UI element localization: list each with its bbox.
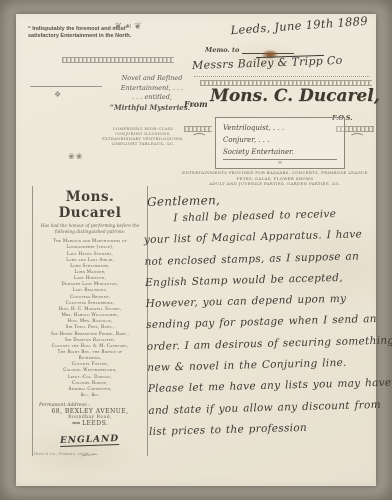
letter-body: Gentlemen, I shall be pleased to receive…: [143, 189, 379, 443]
roles-ornament-icon: ≋: [223, 160, 337, 166]
performer-name: Mons. C. Ducarel,: [210, 86, 378, 106]
printer-credit: Hirst & Co., Printers, Leeds.: [34, 452, 90, 456]
roles-box: Ventriloquist, . . .Conjurer, . . .Socie…: [215, 117, 345, 169]
services-smallprint: Entertainments provided for Bazaars, Con…: [174, 170, 376, 187]
entertainment-line: Entertainment, . . .: [96, 84, 208, 94]
handwritten-date: Leeds, June 19th 1889: [216, 14, 369, 39]
smallprint-line: LIMELIGHT TABLEAUX, &c.: [78, 141, 208, 146]
entertainment-line: Novel and Refined: [96, 74, 208, 84]
patrons-sidebar: Mons. Ducarel Has had the honour of perf…: [32, 186, 148, 456]
patrons-list: The Marquis and Marchioness ofLondonderr…: [33, 238, 147, 398]
patrons-intro: Has had the honour of performing before …: [39, 224, 141, 235]
curl-ornament-icon: ⁀: [194, 134, 204, 149]
role-line: Conjurer, . . .: [223, 134, 337, 146]
address-line: ≈≈ LEEDS.: [33, 420, 147, 427]
thin-rule: [30, 86, 102, 87]
curl-ornament-icon: ⁀: [352, 134, 362, 149]
services-line: Adult and Juvenile Parties, Garden Parti…: [174, 181, 376, 187]
beaded-rule: [62, 57, 174, 63]
sidebar-title: Mons. Ducarel: [33, 189, 147, 221]
printer-ornament-icon: ❦☙❦: [94, 22, 164, 32]
rosette-ornament-icon: ❀❀: [68, 152, 83, 161]
roles-list: Ventriloquist, . . .Conjurer, . . .Socie…: [223, 122, 337, 158]
letter-paper: “ Indisputably the foremost and most sat…: [16, 14, 376, 486]
patron-name: &c., &c.: [33, 392, 147, 398]
dotted-rule: [194, 76, 370, 77]
letter-lines: I shall be pleased to receiveyour list o…: [143, 203, 379, 443]
from-label: From: [184, 99, 208, 109]
pen-scribble: ≈≈: [72, 420, 80, 427]
services-line: Entertainments provided for Bazaars, Con…: [174, 170, 376, 176]
fleur-ornament-icon: ❖: [54, 90, 61, 99]
role-line: Society Entertainer.: [223, 146, 337, 158]
beaded-rule: [184, 126, 212, 132]
memo-to-label: Memo. to: [205, 46, 239, 54]
handwritten-addressee: Messrs Bailey & Tripp Co: [192, 53, 368, 72]
handwritten-country: ENGLAND: [60, 434, 119, 447]
address-city: LEEDS.: [82, 420, 108, 427]
role-line: Ventriloquist, . . .: [223, 122, 337, 134]
